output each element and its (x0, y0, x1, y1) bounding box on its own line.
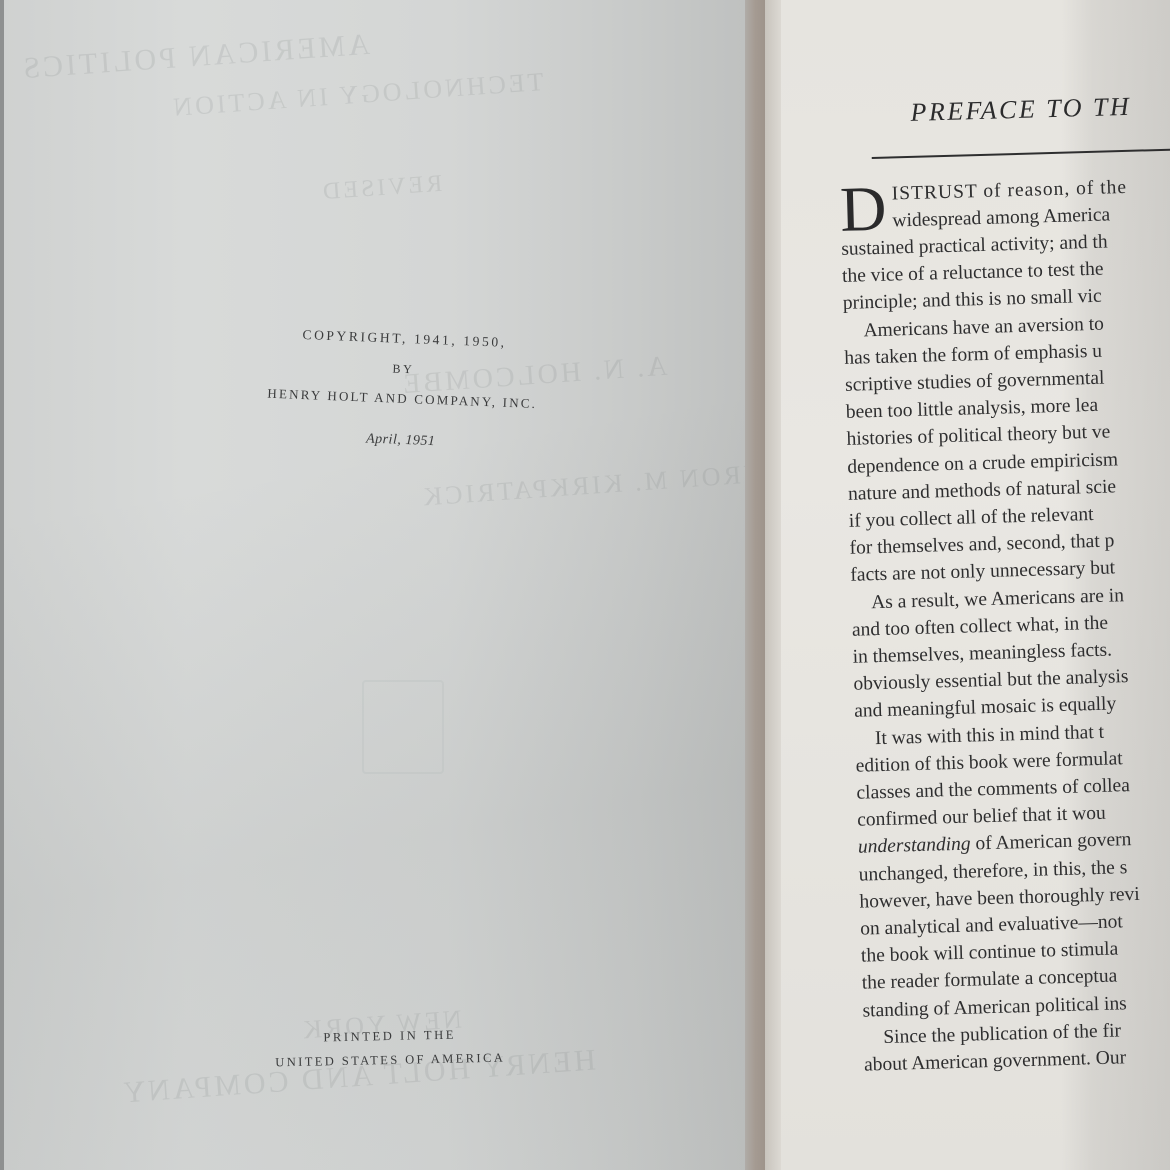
title-rule (872, 145, 1170, 159)
preface-body: ISTRUST of reason, of the widespread amo… (839, 169, 1170, 1079)
publisher-emblem-show-through (362, 680, 444, 774)
preface-title: PREFACE TO TH (910, 87, 1170, 128)
show-through-text: TECHNOLOGY IN ACTION (169, 67, 544, 123)
show-through-text: AMERICAN POLITICS (19, 28, 371, 86)
copyright-line: COPYRIGHT, 1941, 1950, (224, 325, 584, 352)
text-fragment: of American govern (970, 829, 1131, 854)
book-gutter (745, 0, 765, 1170)
copyright-block: COPYRIGHT, 1941, 1950, BY HENRY HOLT AND… (221, 325, 585, 455)
print-date: April, 1951 (221, 425, 581, 455)
italic-word: understanding (858, 834, 971, 858)
right-page-preface: PREFACE TO TH D ISTRUST of reason, of th… (781, 0, 1170, 1170)
show-through-text: REVISED (319, 171, 443, 206)
by-line: BY (223, 355, 583, 381)
show-through-text: BYRON M. KIRKPATRICK (419, 457, 783, 512)
printed-in-block: PRINTED IN THE UNITED STATES OF AMERICA (245, 1027, 536, 1069)
drop-cap: D (839, 181, 887, 238)
left-page-copyright: AMERICAN POLITICS TECHNOLOGY IN ACTION R… (0, 0, 745, 1170)
publisher-name: HENRY HOLT AND COMPANY, INC. (222, 384, 582, 411)
preface-content: PREFACE TO TH D ISTRUST of reason, of th… (836, 47, 1170, 1079)
printed-line-1: PRINTED IN THE (245, 1027, 535, 1046)
page-edge (765, 0, 781, 1170)
